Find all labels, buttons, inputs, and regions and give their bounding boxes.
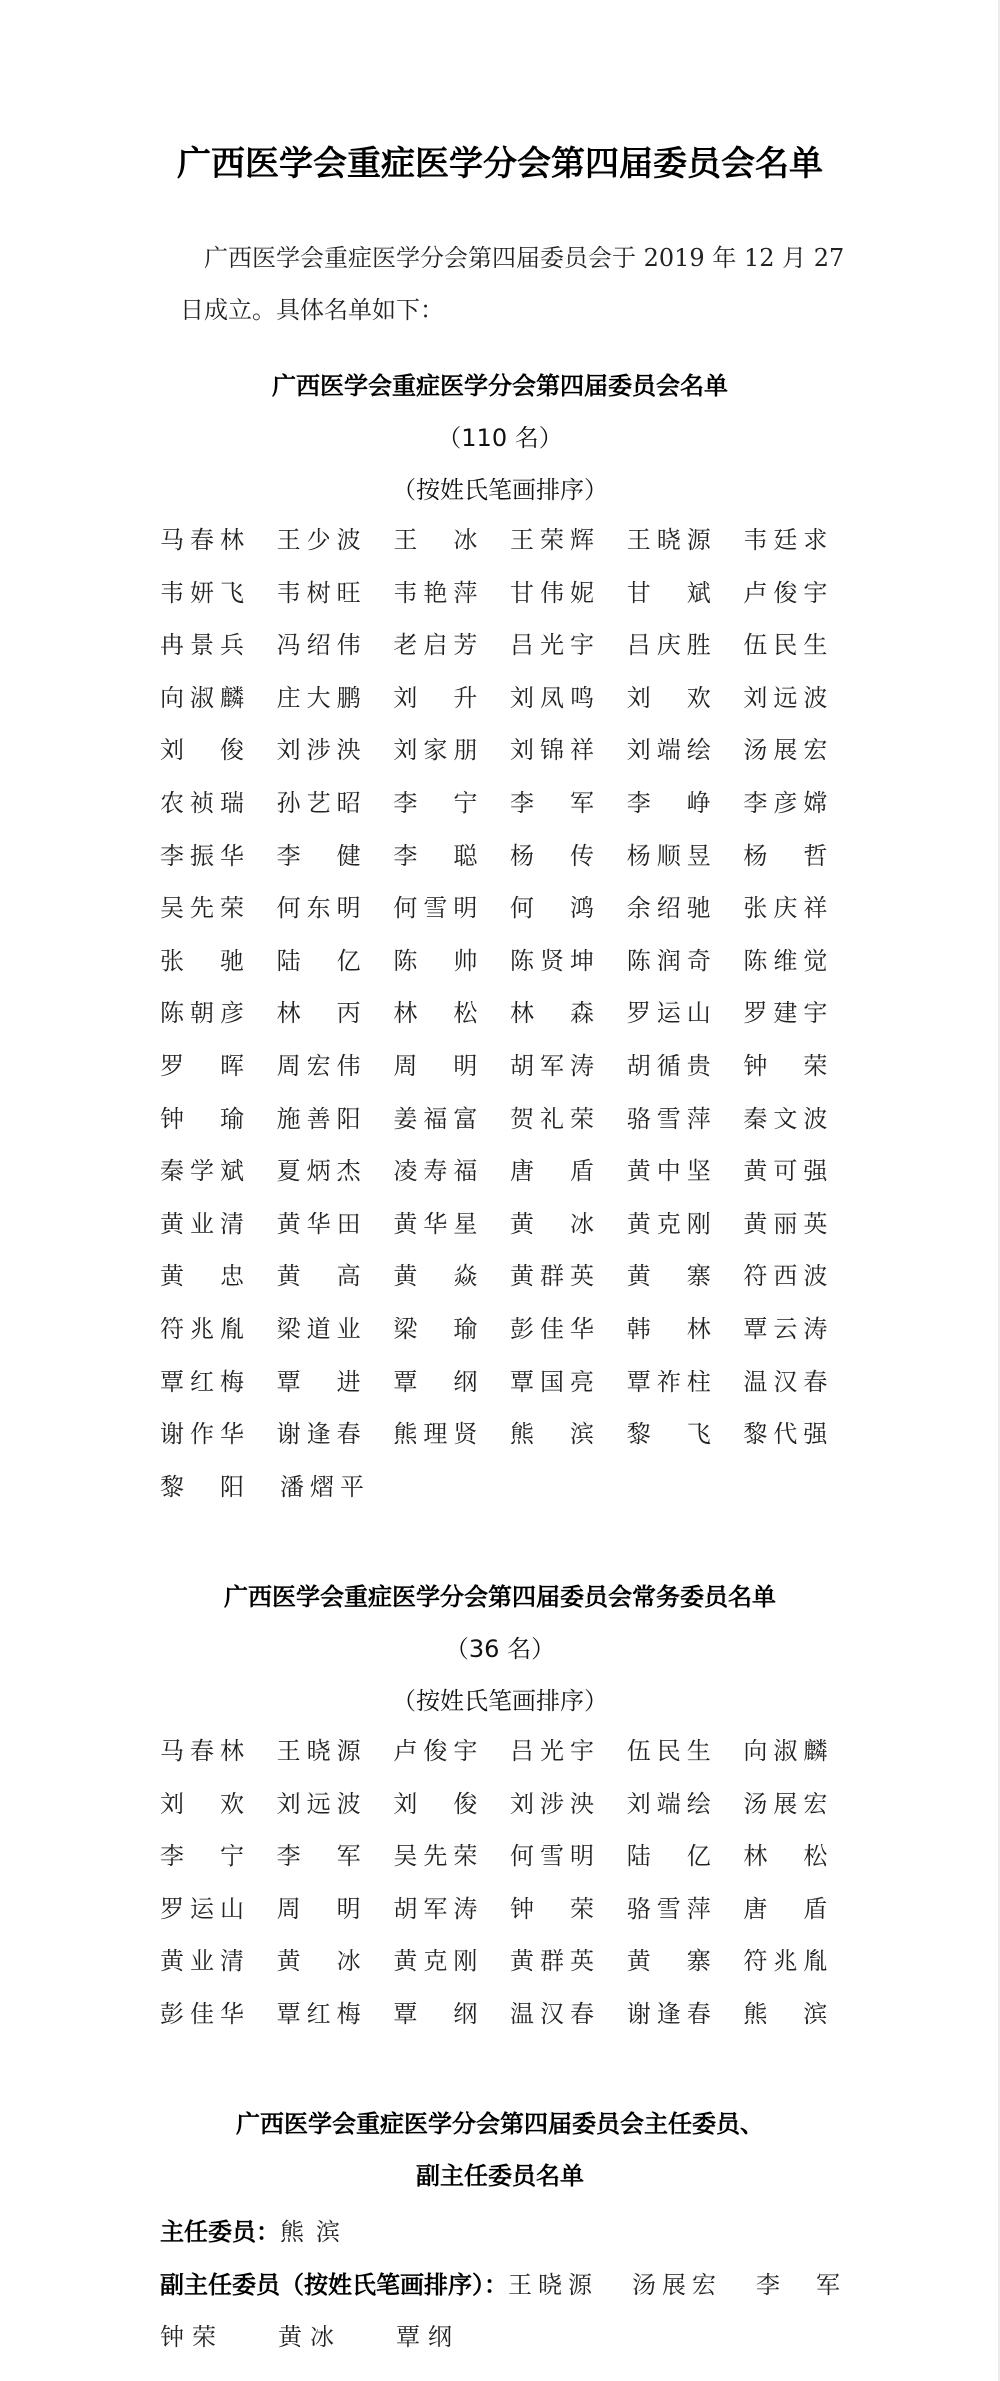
member-name: 李彦嫦	[743, 788, 860, 841]
member-name: 温汉春	[510, 1999, 627, 2052]
member-name: 周宏伟	[277, 1051, 394, 1104]
standing-committee-count: （36 名）	[0, 1629, 1000, 1664]
member-name: 温汉春	[743, 1367, 860, 1420]
vice-chair-name: 覃纲	[396, 2317, 452, 2352]
chair-line: 主任委员：熊滨	[160, 2212, 860, 2265]
member-name: 钟荣	[510, 1894, 627, 1947]
chair-label: 主任委员：	[160, 2218, 280, 2246]
member-name: 覃进	[277, 1367, 394, 1420]
member-name: 李军	[277, 1841, 394, 1894]
member-name: 林松	[393, 998, 510, 1051]
name-row: 刘欢刘远波刘俊刘涉泱刘端绘汤展宏	[160, 1789, 860, 1842]
member-name: 钟荣	[743, 1051, 860, 1104]
member-name: 秦文波	[743, 1104, 860, 1157]
name-row: 冉景兵冯绍伟老启芳吕光宇吕庆胜伍民生	[160, 630, 860, 683]
member-name: 刘涉泱	[277, 735, 394, 788]
name-row: 陈朝彦林丙林松林森罗运山罗建宇	[160, 998, 860, 1051]
member-name: 林丙	[277, 998, 394, 1051]
member-name: 吴先荣	[160, 893, 277, 946]
member-name: 黄华田	[277, 1209, 394, 1262]
name-row: 向淑麟庄大鹏刘升刘凤鸣刘欢刘远波	[160, 683, 860, 736]
committee-order-note: （按姓氏笔画排序）	[0, 470, 1000, 505]
member-name: 罗建宇	[743, 998, 860, 1051]
name-row: 马春林王晓源卢俊宇吕光宇伍民生向淑麟	[160, 1736, 860, 1789]
member-name: 张庆祥	[743, 893, 860, 946]
committee-name-grid: 马春林王少波王冰王荣辉王晓源韦廷求韦妍飞韦树旺韦艳萍甘伟妮甘斌卢俊宇冉景兵冯绍伟…	[160, 525, 860, 1524]
member-name: 谢逢春	[277, 1419, 394, 1472]
member-name: 卢俊宇	[393, 1736, 510, 1789]
member-name: 胡循贵	[627, 1051, 744, 1104]
member-name: 骆雪萍	[627, 1104, 744, 1157]
member-name: 陆亿	[627, 1841, 744, 1894]
vice-chair-line-1: 副主任委员（按姓氏笔画排序）：王晓源汤展宏李军	[160, 2265, 860, 2318]
member-name: 向淑麟	[743, 1736, 860, 1789]
name-row: 刘俊刘涉泱刘家朋刘锦祥刘端绘汤展宏	[160, 735, 860, 788]
member-name: 刘远波	[743, 683, 860, 736]
member-name: 吕光宇	[510, 630, 627, 683]
member-name: 何雪明	[393, 893, 510, 946]
vice-chair-name: 李军	[756, 2265, 840, 2300]
document-page: 广西医学会重症医学分会第四届委员会名单 广西医学会重症医学分会第四届委员会于 2…	[0, 0, 1000, 2381]
member-name: 甘斌	[627, 578, 744, 631]
member-name: 刘俊	[160, 735, 277, 788]
vice-chair-name: 王晓源	[508, 2265, 592, 2300]
member-name: 符兆胤	[743, 1946, 860, 1999]
intro-line-2: 日成立。具体名单如下：	[180, 284, 852, 336]
member-name: 唐盾	[510, 1156, 627, 1209]
name-row: 罗晖周宏伟周明胡军涛胡循贵钟荣	[160, 1051, 860, 1104]
member-name: 施善阳	[277, 1104, 394, 1157]
member-name: 周明	[277, 1894, 394, 1947]
member-name: 刘涉泱	[510, 1789, 627, 1842]
member-name: 李聪	[393, 841, 510, 894]
member-name: 黄忠	[160, 1261, 277, 1314]
member-name: 唐盾	[743, 1894, 860, 1947]
name-row: 谢作华谢逢春熊理贤熊滨黎飞黎代强	[160, 1419, 860, 1472]
leadership-title-line-1: 广西医学会重症医学分会第四届委员会主任委员、	[0, 2104, 1000, 2139]
member-name: 夏炳杰	[277, 1156, 394, 1209]
member-name: 骆雪萍	[627, 1894, 744, 1947]
member-name: 林森	[510, 998, 627, 1051]
name-row: 钟瑜施善阳姜福富贺礼荣骆雪萍秦文波	[160, 1104, 860, 1157]
member-name: 黄丽英	[743, 1209, 860, 1262]
name-row: 黄业清黄冰黄克刚黄群英黄寨符兆胤	[160, 1946, 860, 1999]
intro-paragraph: 广西医学会重症医学分会第四届委员会于 2019 年 12 月 27 日成立。具体…	[180, 232, 852, 336]
member-name: 伍民生	[743, 630, 860, 683]
member-name: 汤展宏	[743, 735, 860, 788]
member-name: 韦树旺	[277, 578, 394, 631]
member-name: 陈帅	[393, 946, 510, 999]
member-name: 符西波	[743, 1261, 860, 1314]
member-name: 何东明	[277, 893, 394, 946]
member-name: 黄克刚	[627, 1209, 744, 1262]
name-row: 吴先荣何东明何雪明何鸿余绍驰张庆祥	[160, 893, 860, 946]
member-name: 符兆胤	[160, 1314, 277, 1367]
member-name: 李峥	[627, 788, 744, 841]
member-name: 汤展宏	[743, 1789, 860, 1842]
member-name: 李宁	[393, 788, 510, 841]
member-name: 王晓源	[627, 525, 744, 578]
member-name: 刘远波	[277, 1789, 394, 1842]
member-name: 陆亿	[277, 946, 394, 999]
member-name: 韩林	[627, 1314, 744, 1367]
page-title: 广西医学会重症医学分会第四届委员会名单	[0, 136, 1000, 185]
member-name: 钟瑜	[160, 1104, 277, 1157]
member-name: 李宁	[160, 1841, 277, 1894]
member-name: 余绍驰	[627, 893, 744, 946]
member-name: 罗运山	[627, 998, 744, 1051]
name-row: 韦妍飞韦树旺韦艳萍甘伟妮甘斌卢俊宇	[160, 578, 860, 631]
member-name: 黎飞	[627, 1419, 744, 1472]
member-name: 黄焱	[393, 1261, 510, 1314]
name-row: 黄忠黄高黄焱黄群英黄寨符西波	[160, 1261, 860, 1314]
member-name: 杨传	[510, 841, 627, 894]
member-name: 陈朝彦	[160, 998, 277, 1051]
member-name: 黄可强	[743, 1156, 860, 1209]
member-name: 庄大鹏	[277, 683, 394, 736]
member-name: 陈润奇	[627, 946, 744, 999]
member-name: 覃红梅	[160, 1367, 277, 1420]
member-name: 孙艺昭	[277, 788, 394, 841]
member-name: 韦艳萍	[393, 578, 510, 631]
member-name: 马春林	[160, 1736, 277, 1789]
name-row: 覃红梅覃进覃纲覃国亮覃祚柱温汉春	[160, 1367, 860, 1420]
name-row: 张驰陆亿陈帅陈贤坤陈润奇陈维觉	[160, 946, 860, 999]
member-name: 冉景兵	[160, 630, 277, 683]
name-row: 彭佳华覃红梅覃纲温汉春谢逢春熊滨	[160, 1999, 860, 2052]
member-name: 向淑麟	[160, 683, 277, 736]
leadership-title-line-2: 副主任委员名单	[0, 2156, 1000, 2191]
name-row: 黎阳潘熠平	[160, 1472, 860, 1525]
member-name: 刘家朋	[393, 735, 510, 788]
member-name: 伍民生	[627, 1736, 744, 1789]
member-name: 谢逢春	[627, 1999, 744, 2052]
member-name: 黄克刚	[393, 1946, 510, 1999]
name-row: 李振华李健李聪杨传杨顺昱杨哲	[160, 841, 860, 894]
committee-count: （110 名）	[0, 418, 1000, 453]
member-name: 胡军涛	[393, 1894, 510, 1947]
member-name: 何鸿	[510, 893, 627, 946]
member-name: 李军	[510, 788, 627, 841]
member-name: 彭佳华	[160, 1999, 277, 2052]
member-name: 李健	[277, 841, 394, 894]
member-name: 黄华星	[393, 1209, 510, 1262]
member-name: 覃云涛	[743, 1314, 860, 1367]
member-name: 陈维觉	[743, 946, 860, 999]
member-name: 黄业清	[160, 1209, 277, 1262]
member-name: 周明	[393, 1051, 510, 1104]
member-name: 刘欢	[160, 1789, 277, 1842]
member-name: 杨哲	[743, 841, 860, 894]
member-name: 覃国亮	[510, 1367, 627, 1420]
member-name: 刘端绘	[627, 735, 744, 788]
member-name: 王冰	[393, 525, 510, 578]
name-row: 农祯瑞孙艺昭李宁李军李峥李彦嫦	[160, 788, 860, 841]
member-name: 农祯瑞	[160, 788, 277, 841]
member-name: 王少波	[277, 525, 394, 578]
member-name: 吕庆胜	[627, 630, 744, 683]
member-name: 黄冰	[510, 1209, 627, 1262]
member-name: 梁瑜	[393, 1314, 510, 1367]
chair-name: 熊滨	[280, 2212, 340, 2247]
member-name: 刘欢	[627, 683, 744, 736]
member-name: 谢作华	[160, 1419, 277, 1472]
member-name: 秦学斌	[160, 1156, 277, 1209]
member-name: 冯绍伟	[277, 630, 394, 683]
name-row: 马春林王少波王冰王荣辉王晓源韦廷求	[160, 525, 860, 578]
vice-chair-line-2: 钟荣黄冰覃纲	[160, 2317, 860, 2370]
member-name: 林松	[743, 1841, 860, 1894]
member-name: 熊滨	[743, 1999, 860, 2052]
vice-chair-name: 汤展宏	[632, 2265, 716, 2300]
member-name: 老启芳	[393, 630, 510, 683]
member-name: 张驰	[160, 946, 277, 999]
member-name: 王荣辉	[510, 525, 627, 578]
member-name: 熊滨	[510, 1419, 627, 1472]
member-name: 覃红梅	[277, 1999, 394, 2052]
vice-chair-name: 钟荣	[160, 2317, 216, 2352]
intro-line-1: 广西医学会重症医学分会第四届委员会于 2019 年 12 月 27	[180, 232, 852, 284]
name-row: 秦学斌夏炳杰凌寿福唐盾黄中坚黄可强	[160, 1156, 860, 1209]
member-name: 杨顺昱	[627, 841, 744, 894]
member-name: 黄寨	[627, 1261, 744, 1314]
leadership-list: 主任委员：熊滨 副主任委员（按姓氏笔画排序）：王晓源汤展宏李军 钟荣黄冰覃纲	[160, 2212, 860, 2370]
member-name: 覃纲	[393, 1999, 510, 2052]
member-name: 卢俊宇	[743, 578, 860, 631]
member-name: 刘凤鸣	[510, 683, 627, 736]
member-name: 甘伟妮	[510, 578, 627, 631]
member-name: 姜福富	[393, 1104, 510, 1157]
member-name: 黄群英	[510, 1946, 627, 1999]
member-name: 黄群英	[510, 1261, 627, 1314]
vice-chair-name: 黄冰	[278, 2317, 334, 2352]
member-name: 马春林	[160, 525, 277, 578]
member-name: 吴先荣	[393, 1841, 510, 1894]
vice-chair-label: 副主任委员（按姓氏笔画排序）：	[160, 2271, 508, 2299]
member-name: 梁道业	[277, 1314, 394, 1367]
member-name: 潘熠平	[280, 1472, 400, 1525]
member-name: 刘俊	[393, 1789, 510, 1842]
member-name: 黎阳	[160, 1472, 280, 1525]
member-name: 黄业清	[160, 1946, 277, 1999]
member-name: 贺礼荣	[510, 1104, 627, 1157]
member-name: 王晓源	[277, 1736, 394, 1789]
standing-committee-title: 广西医学会重症医学分会第四届委员会常务委员名单	[0, 1577, 1000, 1612]
name-row: 李宁李军吴先荣何雪明陆亿林松	[160, 1841, 860, 1894]
member-name: 覃祚柱	[627, 1367, 744, 1420]
name-row: 罗运山周明胡军涛钟荣骆雪萍唐盾	[160, 1894, 860, 1947]
member-name: 黄中坚	[627, 1156, 744, 1209]
member-name: 何雪明	[510, 1841, 627, 1894]
member-name: 刘升	[393, 683, 510, 736]
member-name: 凌寿福	[393, 1156, 510, 1209]
member-name: 韦廷求	[743, 525, 860, 578]
member-name: 覃纲	[393, 1367, 510, 1420]
member-name: 罗运山	[160, 1894, 277, 1947]
member-name: 黄冰	[277, 1946, 394, 1999]
member-name: 黄高	[277, 1261, 394, 1314]
committee-title: 广西医学会重症医学分会第四届委员会名单	[0, 366, 1000, 401]
member-name: 胡军涛	[510, 1051, 627, 1104]
standing-committee-order-note: （按姓氏笔画排序）	[0, 1681, 1000, 1716]
member-name: 罗晖	[160, 1051, 277, 1104]
member-name: 李振华	[160, 841, 277, 894]
member-name: 陈贤坤	[510, 946, 627, 999]
member-name: 彭佳华	[510, 1314, 627, 1367]
member-name: 吕光宇	[510, 1736, 627, 1789]
name-row: 黄业清黄华田黄华星黄冰黄克刚黄丽英	[160, 1209, 860, 1262]
standing-committee-name-grid: 马春林王晓源卢俊宇吕光宇伍民生向淑麟刘欢刘远波刘俊刘涉泱刘端绘汤展宏李宁李军吴先…	[160, 1736, 860, 2052]
member-name: 黎代强	[743, 1419, 860, 1472]
member-name: 黄寨	[627, 1946, 744, 1999]
member-name: 熊理贤	[393, 1419, 510, 1472]
name-row: 符兆胤梁道业梁瑜彭佳华韩林覃云涛	[160, 1314, 860, 1367]
member-name: 刘锦祥	[510, 735, 627, 788]
member-name: 韦妍飞	[160, 578, 277, 631]
member-name: 刘端绘	[627, 1789, 744, 1842]
